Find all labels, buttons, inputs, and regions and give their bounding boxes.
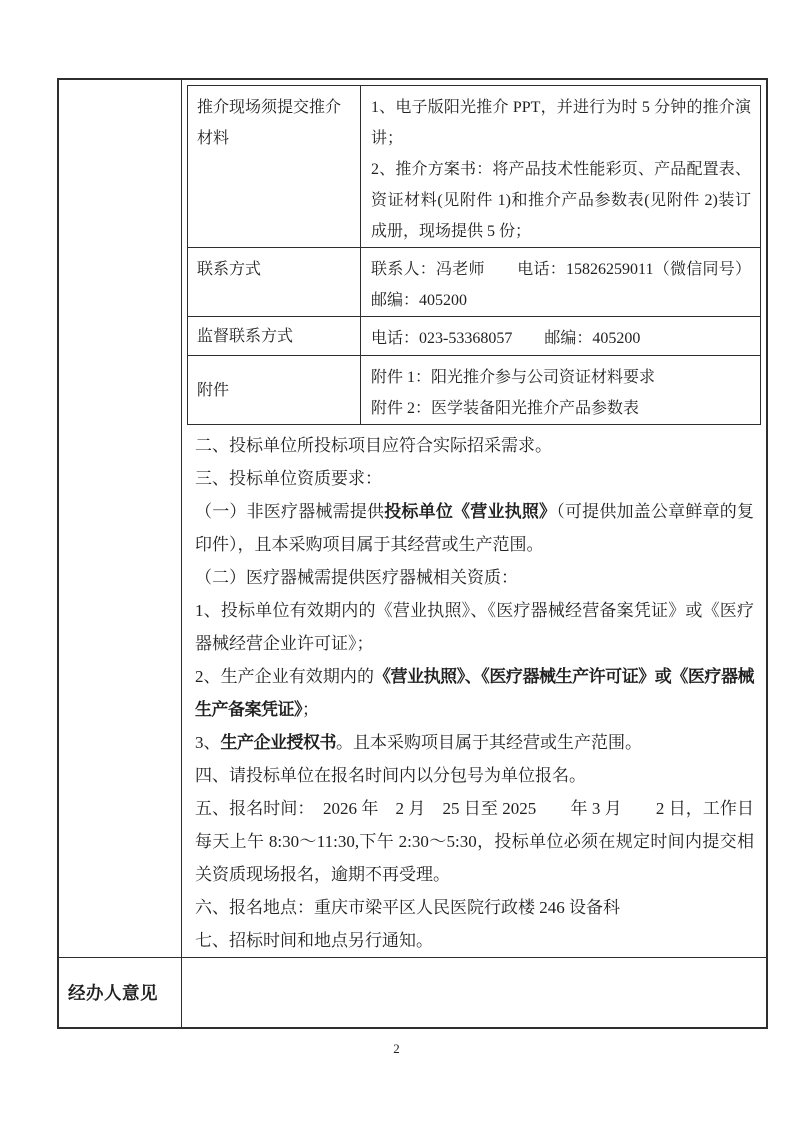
page-number: 2 <box>0 1041 793 1057</box>
requirements-text: 二、投标单位所投标项目应符合实际招采需求。三、投标单位资质要求：（一）非医疗器械… <box>187 425 761 957</box>
requirement-paragraph: 1、投标单位有效期内的《营业执照》、《医疗器械经营备案凭证》或《医疗器械经营企业… <box>195 594 754 660</box>
text-segment: 3、 <box>195 733 221 752</box>
content-cell: 推介现场须提交推介材料1、电子版阳光推介 PPT，并进行为时 5 分钟的推介演讲… <box>182 80 766 957</box>
requirement-paragraph: 七、招标时间和地点另行通知。 <box>195 924 754 957</box>
requirement-paragraph: 3、生产企业授权书。且本采购项目属于其经营或生产范围。 <box>195 726 754 759</box>
requirement-paragraph: 四、请投标单位在报名时间内以分包号为单位报名。 <box>195 759 754 792</box>
text-segment: 投标单位《营业执照》 <box>384 502 556 521</box>
text-segment: （二）医疗器械需提供医疗器械相关资质： <box>195 568 518 587</box>
text-segment: 五、报名时间： 2026 年 2 月 25 日至 2025 年 3 月 2 日，… <box>195 799 754 884</box>
info-row-content: 电话：023-53368057 邮编：405200 <box>361 317 760 355</box>
text-segment: 七、招标时间和地点另行通知。 <box>195 931 433 950</box>
requirement-paragraph: （一）非医疗器械需提供投标单位《营业执照》（可提供加盖公章鲜章的复印件），且本采… <box>195 495 754 561</box>
document-page: 推介现场须提交推介材料1、电子版阳光推介 PPT，并进行为时 5 分钟的推介演讲… <box>0 0 793 1122</box>
text-segment: 六、报名地点：重庆市梁平区人民医院行政楼 246 设备科 <box>195 898 620 917</box>
requirement-paragraph: 2、生产企业有效期内的《营业执照》、《医疗器械生产许可证》或《医疗器械生产备案凭… <box>195 660 754 726</box>
clerk-opinion-label: 经办人意见 <box>59 958 182 1027</box>
text-segment: 三、投标单位资质要求： <box>195 469 382 488</box>
info-table-row: 监督联系方式电话：023-53368057 邮编：405200 <box>188 317 760 356</box>
info-table-row: 联系方式联系人：冯老师 电话：15826259011（微信同号） 邮编：4052… <box>188 248 760 317</box>
info-content-line: 联系人：冯老师 电话：15826259011（微信同号） 邮编：405200 <box>371 254 751 316</box>
info-row-content: 附件 1：阳光推介参与公司资证材料要求附件 2：医学装备阳光推介产品参数表 <box>361 356 760 424</box>
info-row-label: 监督联系方式 <box>188 317 361 355</box>
text-segment: 四、请投标单位在报名时间内以分包号为单位报名。 <box>195 766 586 785</box>
info-table-row: 附件附件 1：阳光推介参与公司资证材料要求附件 2：医学装备阳光推介产品参数表 <box>188 356 760 424</box>
info-row-label: 联系方式 <box>188 248 361 316</box>
info-content-line: 2、推介方案书：将产品技术性能彩页、产品配置表、资证材料(见附件 1)和推介产品… <box>371 154 751 247</box>
text-segment: （一）非医疗器械需提供 <box>195 502 384 521</box>
requirement-paragraph: 三、投标单位资质要求： <box>195 462 754 495</box>
requirement-paragraph: 六、报名地点：重庆市梁平区人民医院行政楼 246 设备科 <box>195 891 754 924</box>
info-row-content: 联系人：冯老师 电话：15826259011（微信同号） 邮编：405200 <box>361 248 760 316</box>
text-segment: 二、投标单位所投标项目应符合实际招采需求。 <box>195 436 552 455</box>
info-content-line: 附件 1：阳光推介参与公司资证材料要求 <box>371 362 751 393</box>
info-table-row: 推介现场须提交推介材料1、电子版阳光推介 PPT，并进行为时 5 分钟的推介演讲… <box>188 86 760 248</box>
text-segment: 生产企业授权书 <box>221 733 337 752</box>
info-table: 推介现场须提交推介材料1、电子版阳光推介 PPT，并进行为时 5 分钟的推介演讲… <box>187 85 761 425</box>
left-empty-cell <box>59 80 182 957</box>
info-content-line: 电话：023-53368057 邮编：405200 <box>371 323 751 354</box>
info-row-label: 推介现场须提交推介材料 <box>188 86 361 247</box>
requirement-paragraph: （二）医疗器械需提供医疗器械相关资质： <box>195 561 754 594</box>
text-segment: 1、投标单位有效期内的《营业执照》、《医疗器械经营备案凭证》或《医疗器械经营企业… <box>195 601 754 653</box>
text-segment: 2、生产企业有效期内的 <box>195 667 374 686</box>
text-segment: ； <box>302 700 319 719</box>
clerk-opinion-row: 经办人意见 <box>59 957 766 1027</box>
info-content-line: 1、电子版阳光推介 PPT，并进行为时 5 分钟的推介演讲； <box>371 92 751 154</box>
info-row-label: 附件 <box>188 356 361 424</box>
info-row-content: 1、电子版阳光推介 PPT，并进行为时 5 分钟的推介演讲；2、推介方案书：将产… <box>361 86 760 247</box>
text-segment: 。且本采购项目属于其经营或生产范围。 <box>336 733 642 752</box>
requirement-paragraph: 二、投标单位所投标项目应符合实际招采需求。 <box>195 429 754 462</box>
main-table: 推介现场须提交推介材料1、电子版阳光推介 PPT，并进行为时 5 分钟的推介演讲… <box>57 78 768 1029</box>
requirement-paragraph: 五、报名时间： 2026 年 2 月 25 日至 2025 年 3 月 2 日，… <box>195 792 754 891</box>
content-row: 推介现场须提交推介材料1、电子版阳光推介 PPT，并进行为时 5 分钟的推介演讲… <box>59 80 766 957</box>
info-content-line: 附件 2：医学装备阳光推介产品参数表 <box>371 393 751 424</box>
clerk-opinion-cell <box>182 958 766 1027</box>
